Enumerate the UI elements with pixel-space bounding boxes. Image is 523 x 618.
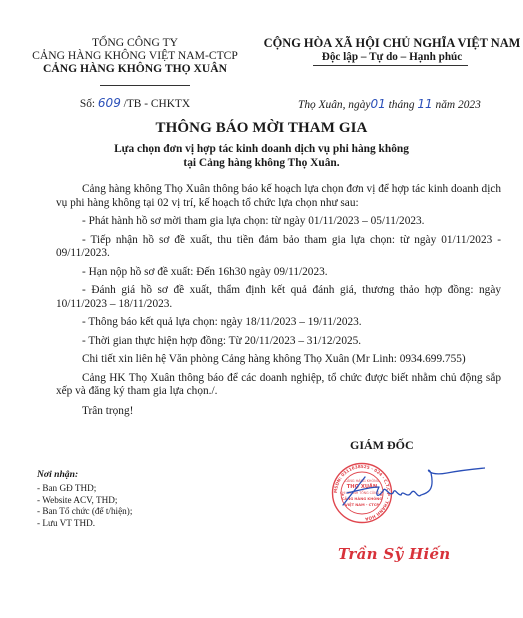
handwritten-month: 11	[417, 97, 432, 111]
document-number: Số: 609 /TB - CHKTX	[30, 96, 240, 110]
place-date: Thọ Xuân, ngày01 tháng 11 năm 2023	[298, 97, 481, 111]
closing-paragraph: Cảng HK Thọ Xuân thông báo để các doanh …	[56, 372, 501, 399]
national-header: CỘNG HÒA XÃ HỘI CHỦ NGHĨA VIỆT NAM Độc l…	[262, 36, 522, 64]
corporation-name: CẢNG HÀNG KHÔNG VIỆT NAM-CTCP	[30, 49, 240, 62]
header-left-divider	[100, 85, 190, 86]
airport-name: CẢNG HÀNG KHÔNG THỌ XUÂN	[30, 62, 240, 75]
handwritten-day: 01	[370, 97, 385, 111]
schedule-item: - Đánh giá hồ sơ đề xuất, thẩm định kết …	[56, 284, 501, 311]
schedule-item: - Hạn nộp hồ sơ đề xuất: Đến 16h30 ngày …	[56, 266, 501, 280]
issuing-organization: TỔNG CÔNG TY CẢNG HÀNG KHÔNG VIỆT NAM-CT…	[30, 36, 240, 75]
regards: Trân trọng!	[56, 405, 501, 419]
schedule-item: - Thông báo kết quả lựa chọn: ngày 18/11…	[56, 316, 501, 330]
schedule-item: - Thời gian thực hiện hợp đồng: Từ 20/11…	[56, 335, 501, 349]
recipient-item: - Website ACV, THD;	[37, 495, 132, 507]
recipients-title: Nơi nhận:	[37, 469, 78, 480]
document-title: THÔNG BÁO MỜI THAM GIA	[0, 120, 523, 137]
recipient-item: - Lưu VT THD.	[37, 518, 132, 530]
national-motto: Độc lập – Tự do – Hạnh phúc	[262, 50, 522, 64]
recipient-item: - Ban GĐ THD;	[37, 483, 132, 495]
signer-name: Trần Sỹ Hiến	[338, 545, 451, 563]
intro-paragraph: Cảng hàng không Thọ Xuân thông báo kế ho…	[56, 183, 501, 210]
parent-company: TỔNG CÔNG TY	[30, 36, 240, 49]
schedule-item: - Tiếp nhận hồ sơ đề xuất, thu tiền đảm …	[56, 234, 501, 261]
body-text: Cảng hàng không Thọ Xuân thông báo kế ho…	[56, 183, 501, 418]
motto-underline	[313, 65, 468, 66]
document-subtitle: Lựa chọn đơn vị hợp tác kinh doanh dịch …	[0, 142, 523, 170]
recipient-item: - Ban Tổ chức (để t/hiện);	[37, 506, 132, 518]
handwritten-doc-number: 609	[98, 96, 121, 110]
national-title: CỘNG HÒA XÃ HỘI CHỦ NGHĨA VIỆT NAM	[262, 36, 522, 50]
recipients-list: - Ban GĐ THD; - Website ACV, THD; - Ban …	[37, 483, 132, 529]
schedule-item: - Phát hành hồ sơ mời tham gia lựa chọn:…	[56, 215, 501, 229]
signer-position: GIÁM ĐỐC	[350, 438, 414, 453]
handwritten-signature-icon	[335, 465, 485, 515]
contact-paragraph: Chi tiết xin liên hệ Văn phòng Cảng hàng…	[56, 353, 501, 367]
